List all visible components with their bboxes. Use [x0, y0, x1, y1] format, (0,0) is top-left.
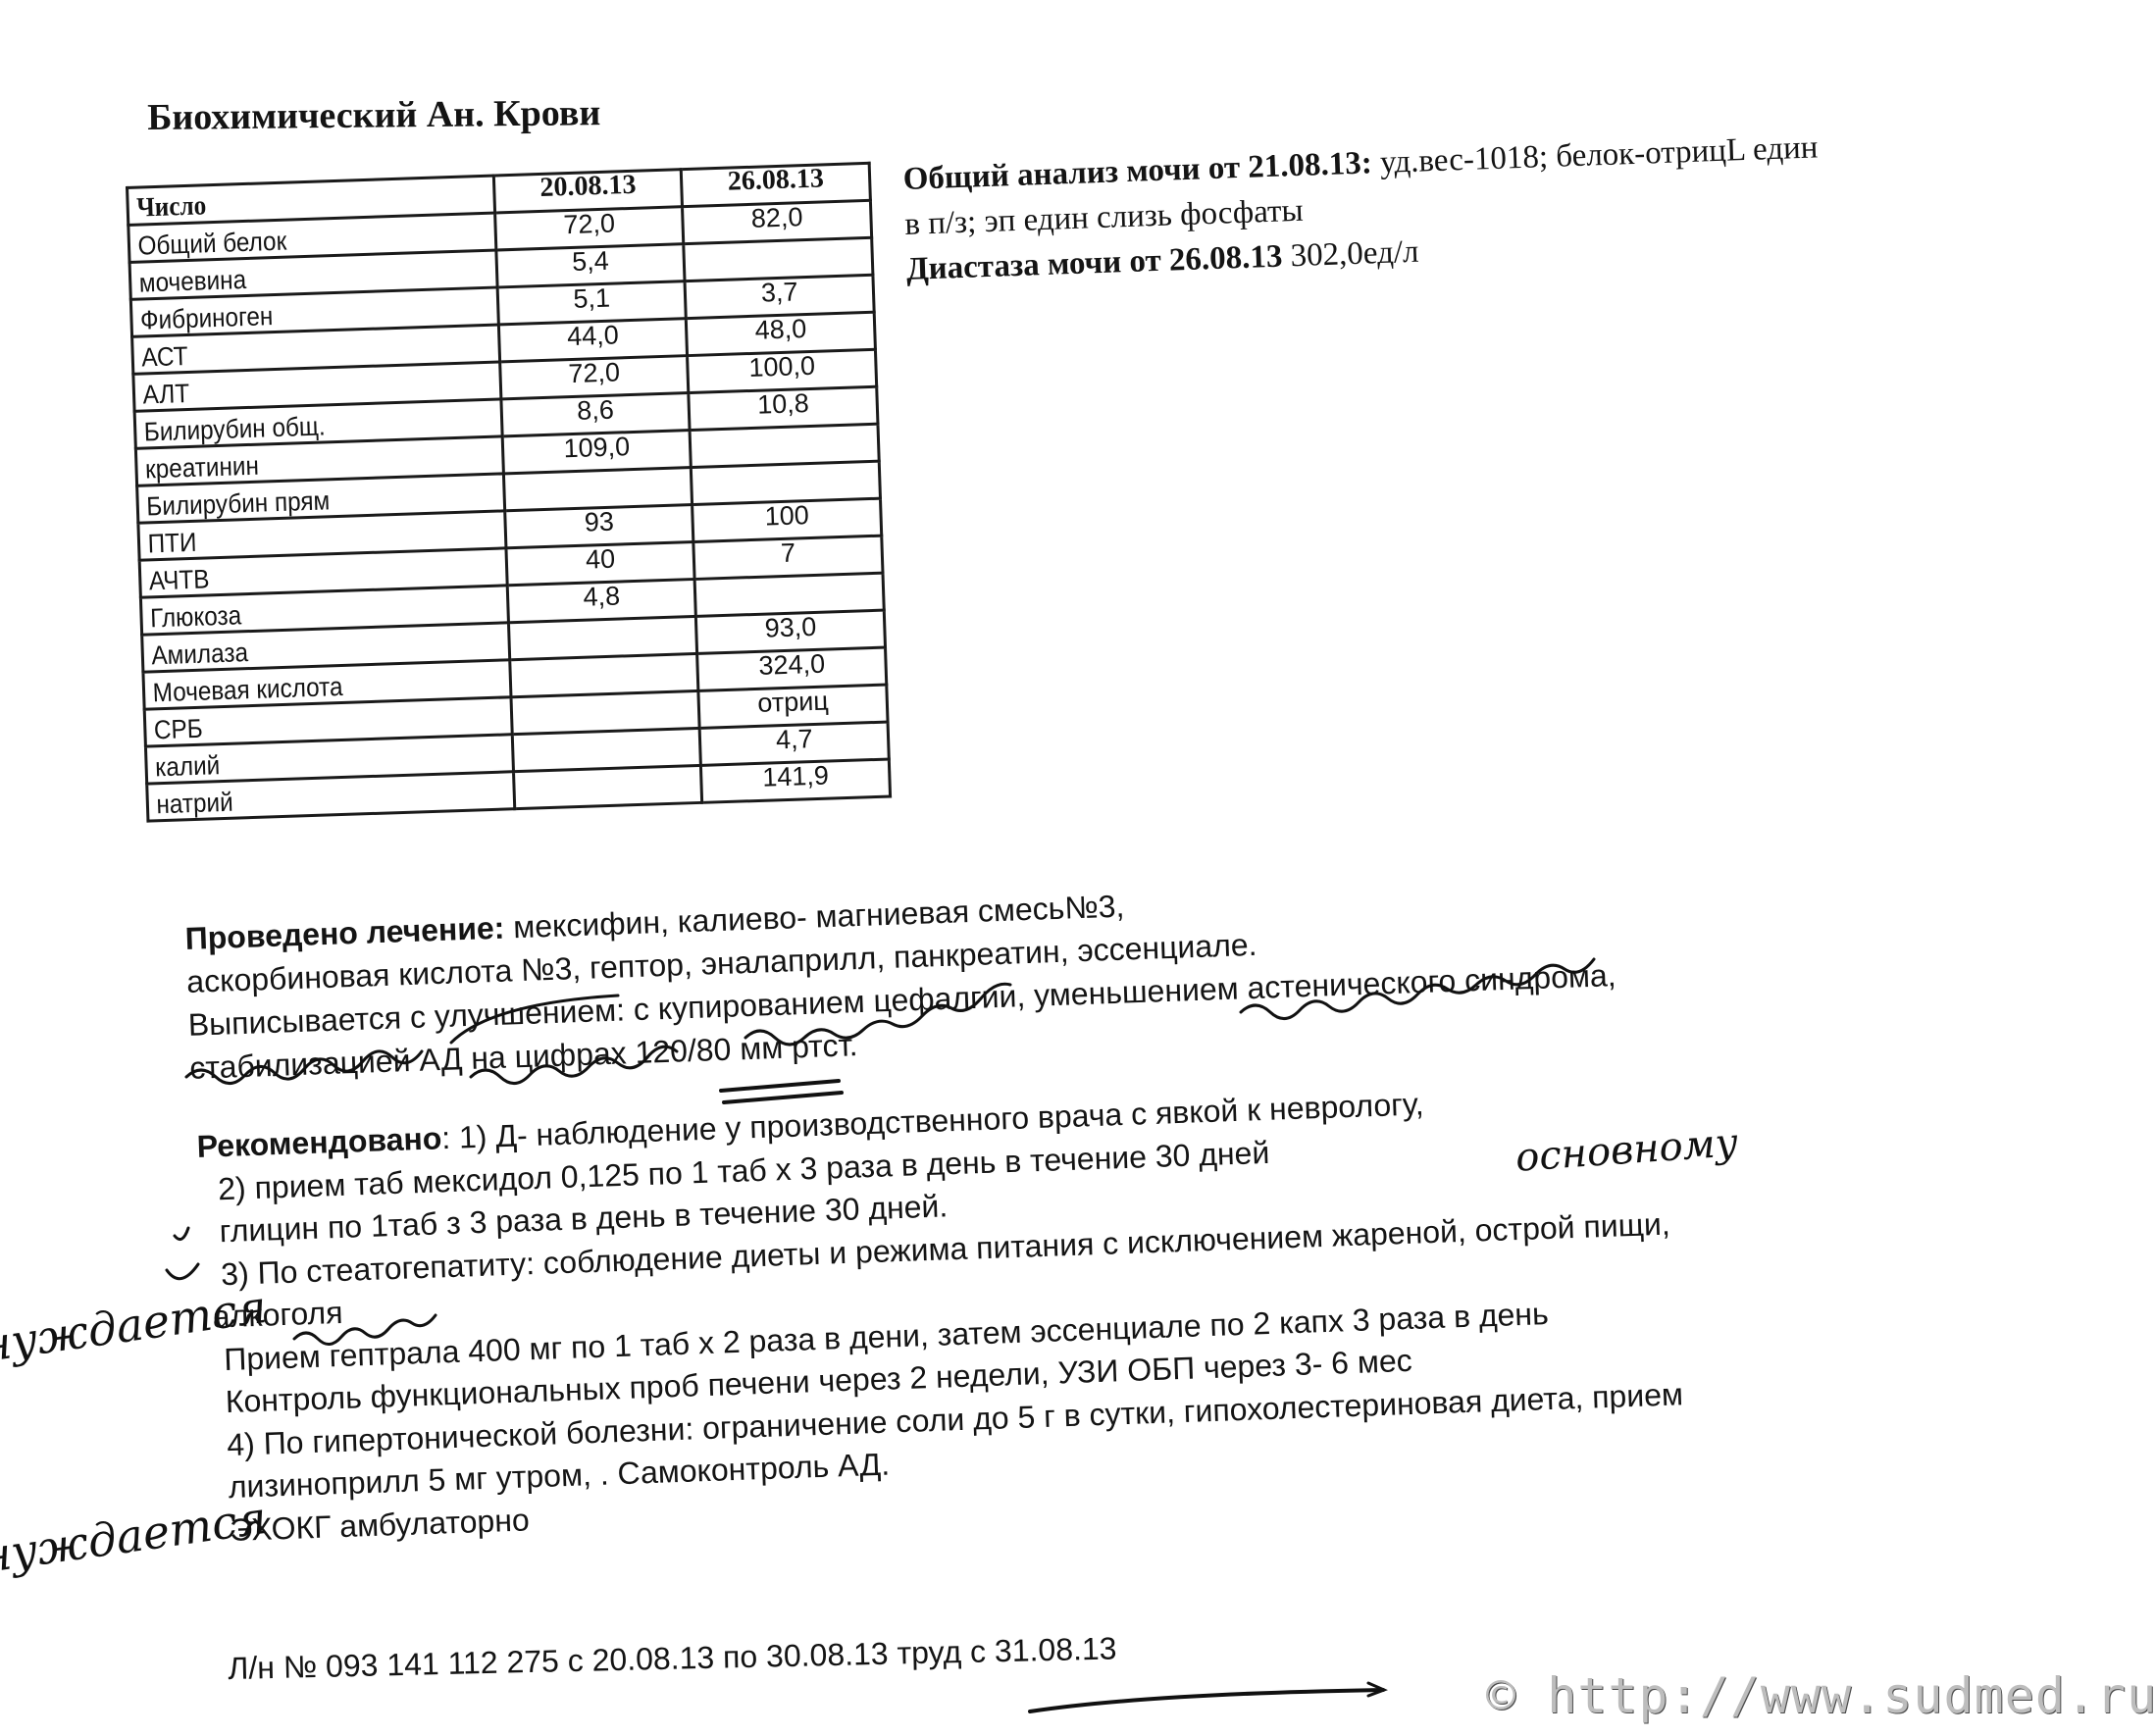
value-date-1: 8,6	[501, 393, 691, 436]
value-date-2: 4,7	[700, 722, 890, 765]
double-underline-1	[721, 1081, 839, 1091]
value-date-1	[511, 690, 700, 734]
column-header-date-2: 26.08.13	[682, 163, 871, 206]
check-mark-1	[175, 1228, 188, 1240]
value-date-2: 93,0	[696, 610, 886, 653]
value-date-1	[510, 653, 699, 696]
value-date-2: 48,0	[687, 312, 876, 355]
diastase-value: 302,0ед/л	[1282, 234, 1419, 275]
value-date-1	[512, 728, 701, 771]
value-date-1	[513, 765, 702, 808]
treatment-label: Проведено лечение:	[184, 910, 505, 956]
value-date-2	[692, 461, 881, 504]
value-date-1	[503, 468, 693, 511]
urine-analysis-block: Общий анализ мочи от 21.08.13: уд.вес-10…	[902, 125, 1821, 291]
double-underline-2	[724, 1093, 842, 1102]
value-date-1: 72,0	[495, 207, 685, 250]
value-date-2: 324,0	[697, 647, 887, 690]
recommendations-block: Рекомендовано: 1) Д- наблюдение у произв…	[196, 1074, 1687, 1552]
treatment-block: Проведено лечение: мексифин, калиево- ма…	[184, 867, 1618, 1090]
arrow-line	[1030, 1690, 1383, 1711]
check-mark-2	[167, 1264, 198, 1279]
value-date-1: 109,0	[502, 431, 692, 474]
value-date-2: 82,0	[683, 200, 872, 243]
value-date-1: 44,0	[498, 319, 688, 362]
value-date-2: отриц	[698, 685, 888, 728]
value-date-1: 72,0	[500, 356, 690, 399]
handwritten-note-3: нуждается	[0, 1491, 270, 1583]
lab-results-table: Число 20.08.13 26.08.13 Общий белок72,08…	[126, 162, 892, 823]
value-date-2: 100	[693, 498, 882, 541]
value-date-1	[508, 616, 697, 659]
value-date-2: 10,8	[689, 386, 878, 430]
value-date-1: 5,4	[496, 244, 686, 287]
document-title: Биохимический Ан. Крови	[147, 91, 600, 139]
value-date-2	[691, 424, 880, 467]
watermark: © http://www.sudmed.ru	[1486, 1667, 2155, 1724]
value-date-1: 5,1	[497, 281, 687, 325]
column-header-date-1: 20.08.13	[493, 170, 683, 213]
value-date-1: 93	[505, 505, 694, 548]
value-date-2	[695, 573, 885, 616]
diastase-label: Диастаза мочи от 26.08.13	[905, 239, 1283, 287]
recommendations-label: Рекомендовано	[196, 1120, 442, 1164]
sick-leave-line: Л/н № 093 141 112 275 с 20.08.13 по 30.0…	[228, 1630, 1117, 1687]
arrow-head	[1368, 1683, 1384, 1696]
value-date-1: 4,8	[507, 579, 696, 622]
value-date-2: 141,9	[701, 759, 891, 802]
value-date-1: 40	[506, 541, 695, 585]
value-date-2: 7	[693, 536, 883, 579]
value-date-2: 100,0	[688, 349, 877, 392]
value-date-2: 3,7	[685, 275, 874, 318]
value-date-2	[684, 237, 873, 281]
